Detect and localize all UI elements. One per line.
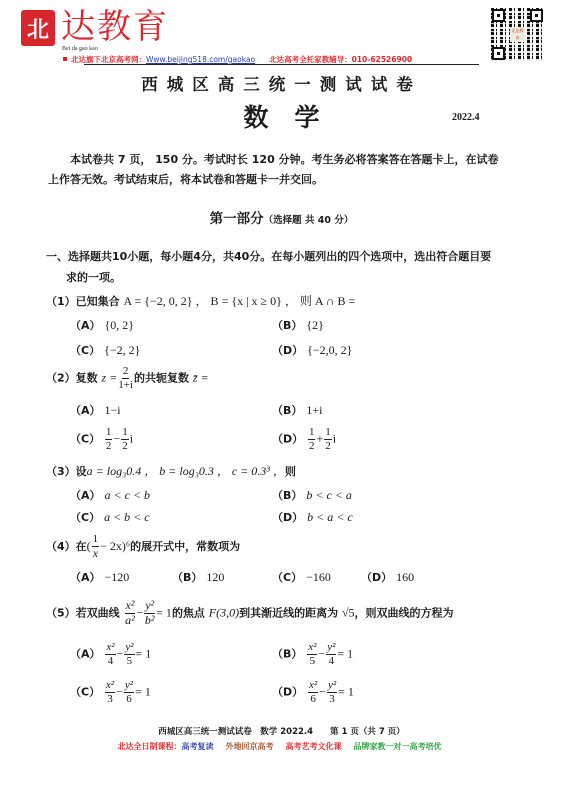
option-value: b < a < c [307, 510, 353, 524]
stem-text: 的共轭复数 [134, 372, 189, 385]
question-2-option-c[interactable]: （C） 12−12i [70, 427, 133, 452]
option-label: （B） [172, 571, 202, 584]
stem-math: F(3,0) [209, 606, 239, 620]
fraction: 1x [92, 534, 100, 560]
instructions: 本试卷共 7 页， 150 分。考试时长 120 分钟。考生务必将答案答在答题卡… [50, 150, 500, 190]
exam-title: 西城区高三统一测试试卷 [0, 71, 563, 95]
question-5-option-b[interactable]: （B） x²5−y²4= 1 [272, 642, 353, 667]
section-line-2: 求的一项。 [46, 267, 496, 288]
option-value: 1+i [306, 403, 322, 417]
option-value: −160 [306, 570, 331, 584]
qr-code-icon: 北达教育 [491, 8, 544, 61]
ad-label: 北达全日制课程： [118, 742, 182, 751]
option-value: {−2,0, 2} [307, 343, 352, 357]
option-value: {−2, 2} [104, 343, 140, 357]
option-label: （D） [272, 511, 303, 524]
header-divider [84, 64, 479, 65]
ad-item-tutoring: 品牌家教一对一高考培优 [354, 742, 442, 751]
fraction: 12 [324, 427, 332, 452]
site-label: 北达旗下北京高考网： [71, 55, 146, 64]
stem-math: z̄ = [193, 371, 209, 385]
option-label: （D） [272, 433, 303, 446]
option-value: b < c < a [306, 488, 352, 502]
option-value: {2} [306, 318, 324, 332]
stem-text: 已知集合 [76, 295, 120, 308]
question-number: （4） [46, 540, 76, 553]
question-3-option-d[interactable]: （D）b < a < c [272, 509, 353, 525]
question-4-stem: （4）在(1x− 2x)⁶的展开式中，常数项为 [46, 534, 240, 560]
instructions-line-2: 上作答无效。考试结束后，将本试卷和答题卡一并交回。 [48, 170, 500, 190]
question-2-stem: （2）复数 z =21+i的共轭复数 z̄ = [46, 366, 209, 391]
instructions-line-1: 本试卷共 7 页， 150 分。考试时长 120 分钟。考生务必将答案答在答题卡… [50, 150, 500, 170]
question-3-option-c[interactable]: （C）a < b < c [70, 509, 150, 525]
part-subtitle: （选择题 共 40 分） [264, 215, 354, 226]
option-label: （B） [272, 404, 302, 417]
qr-center-badge: 北达教育 [510, 27, 525, 42]
fraction: 12 [105, 427, 113, 452]
option-label: （C） [70, 686, 100, 699]
hotline-label: 北达高考全托家教辅导：010-62526900 [269, 55, 412, 64]
ad-item-arts: 高考艺考文化课 [286, 742, 342, 751]
stem-text: 的展开式中，常数项为 [130, 540, 240, 553]
question-number: （3） [46, 465, 76, 478]
option-label: （A） [70, 648, 101, 661]
question-2-option-a[interactable]: （A）1−i [70, 402, 121, 418]
question-number: （5） [46, 607, 76, 620]
footer-ad-line: 北达全日制课程：高考复读外地回京高考高考艺考文化课品牌家教一对一高考培优 [0, 741, 563, 752]
option-value: −120 [105, 570, 130, 584]
question-3-option-b[interactable]: （B）b < c < a [272, 487, 352, 503]
question-1-stem: （1）已知集合 A = {−2, 0, 2} ， B = {x | x ≥ 0}… [46, 292, 355, 309]
option-label: （D） [272, 686, 303, 699]
option-label: （C） [70, 344, 100, 357]
exam-date: 2022.4 [452, 112, 480, 123]
stem-text: 若双曲线 [76, 607, 120, 620]
question-3-option-a[interactable]: （A）a < c < b [70, 487, 150, 503]
option-label: （B） [272, 319, 302, 332]
option-label: （A） [70, 404, 101, 417]
fraction: 21+i [118, 366, 133, 391]
stem-math: √5 [342, 606, 355, 620]
option-value: {0, 2} [105, 318, 135, 332]
stem-text: 在 [76, 540, 87, 553]
stem-text: ，则双曲线的方程为 [355, 607, 454, 620]
question-1-option-d[interactable]: （D）{−2,0, 2} [272, 342, 352, 358]
stem-math: − 2x)⁶ [100, 539, 130, 553]
fraction: x²a² [125, 600, 136, 627]
stem-math: a = log₃0.4 ， b = log₃0.3 ， c = 0.3³ ， [87, 464, 285, 478]
question-5-option-d[interactable]: （D） x²6−y²3= 1 [272, 680, 354, 705]
question-number: （1） [46, 295, 76, 308]
option-label: （C） [70, 433, 100, 446]
question-4-option-a[interactable]: （A）−120 [70, 569, 129, 585]
question-2-option-d[interactable]: （D） 12+12i [272, 427, 336, 452]
section-line-1: 一、选择题共10小题，每小题4分，共40分。在每小题列出的四个选项中，选出符合题… [46, 246, 496, 267]
question-1-option-b[interactable]: （B）{2} [272, 317, 324, 333]
option-value: 120 [206, 570, 224, 584]
question-1-option-c[interactable]: （C）{−2, 2} [70, 342, 140, 358]
stem-text: 设 [76, 465, 87, 478]
option-value: 160 [396, 570, 414, 584]
option-label: （C） [272, 571, 302, 584]
logo-mark: 北 [21, 10, 55, 46]
question-5-option-c[interactable]: （C） x²3−y²6= 1 [70, 680, 151, 705]
question-2-option-b[interactable]: （B）1+i [272, 402, 323, 418]
stem-text: 则 [285, 465, 296, 478]
question-3-stem: （3）设a = log₃0.4 ， b = log₃0.3 ， c = 0.3³… [46, 462, 296, 479]
option-label: （A） [70, 319, 101, 332]
option-label: （C） [70, 511, 100, 524]
stem-text: 的焦点 [172, 607, 205, 620]
fraction: 12 [121, 427, 129, 452]
page-footer-info: 西城区高三统一测试试卷 数学 2022.4 第 1 页（共 7 页） [0, 725, 563, 737]
ad-item-repeat: 高考复读 [182, 742, 214, 751]
stem-text: 到其渐近线的距离为 [239, 607, 338, 620]
option-value: a < c < b [105, 488, 151, 502]
part-title: 第一部分 [210, 211, 264, 227]
option-label: （A） [70, 571, 101, 584]
ad-item-beijing: 外地回京高考 [226, 742, 274, 751]
option-value: a < b < c [104, 510, 150, 524]
question-number: （2） [46, 372, 76, 385]
bullet-icon [63, 57, 67, 61]
option-label: （A） [70, 489, 101, 502]
question-4-option-c[interactable]: （C）−160 [272, 569, 331, 585]
question-4-option-d[interactable]: （D）160 [361, 569, 414, 585]
fraction: 12 [308, 427, 316, 452]
question-5-option-a[interactable]: （A） x²4−y²5= 1 [70, 642, 151, 667]
option-label: （D） [361, 571, 392, 584]
section-instructions: 一、选择题共10小题，每小题4分，共40分。在每小题列出的四个选项中，选出符合题… [46, 246, 496, 288]
stem-math: A = {−2, 0, 2} ， B = {x | x ≥ 0} ， 则 A ∩… [124, 294, 356, 308]
logo-text: 达教育 [61, 8, 169, 46]
option-value: 1−i [105, 403, 121, 417]
stem-text: 复数 [76, 372, 98, 385]
fraction: y²b² [144, 600, 155, 627]
option-label: （B） [272, 648, 302, 661]
question-4-option-b[interactable]: （B）120 [172, 569, 224, 585]
question-5-stem: （5）若双曲线 x²a²−y²b²= 1的焦点 F(3,0)到其渐近线的距离为 … [46, 600, 454, 627]
logo-pinyin: Bei da gao kao [62, 46, 98, 52]
option-label: （D） [272, 344, 303, 357]
part-heading: 第一部分（选择题 共 40 分） [0, 207, 563, 227]
stem-math: z = [102, 371, 118, 385]
site-link[interactable]: Www.beijing518.com/gaokao [146, 55, 255, 64]
question-1-option-a[interactable]: （A）{0, 2} [70, 317, 134, 333]
option-label: （B） [272, 489, 302, 502]
